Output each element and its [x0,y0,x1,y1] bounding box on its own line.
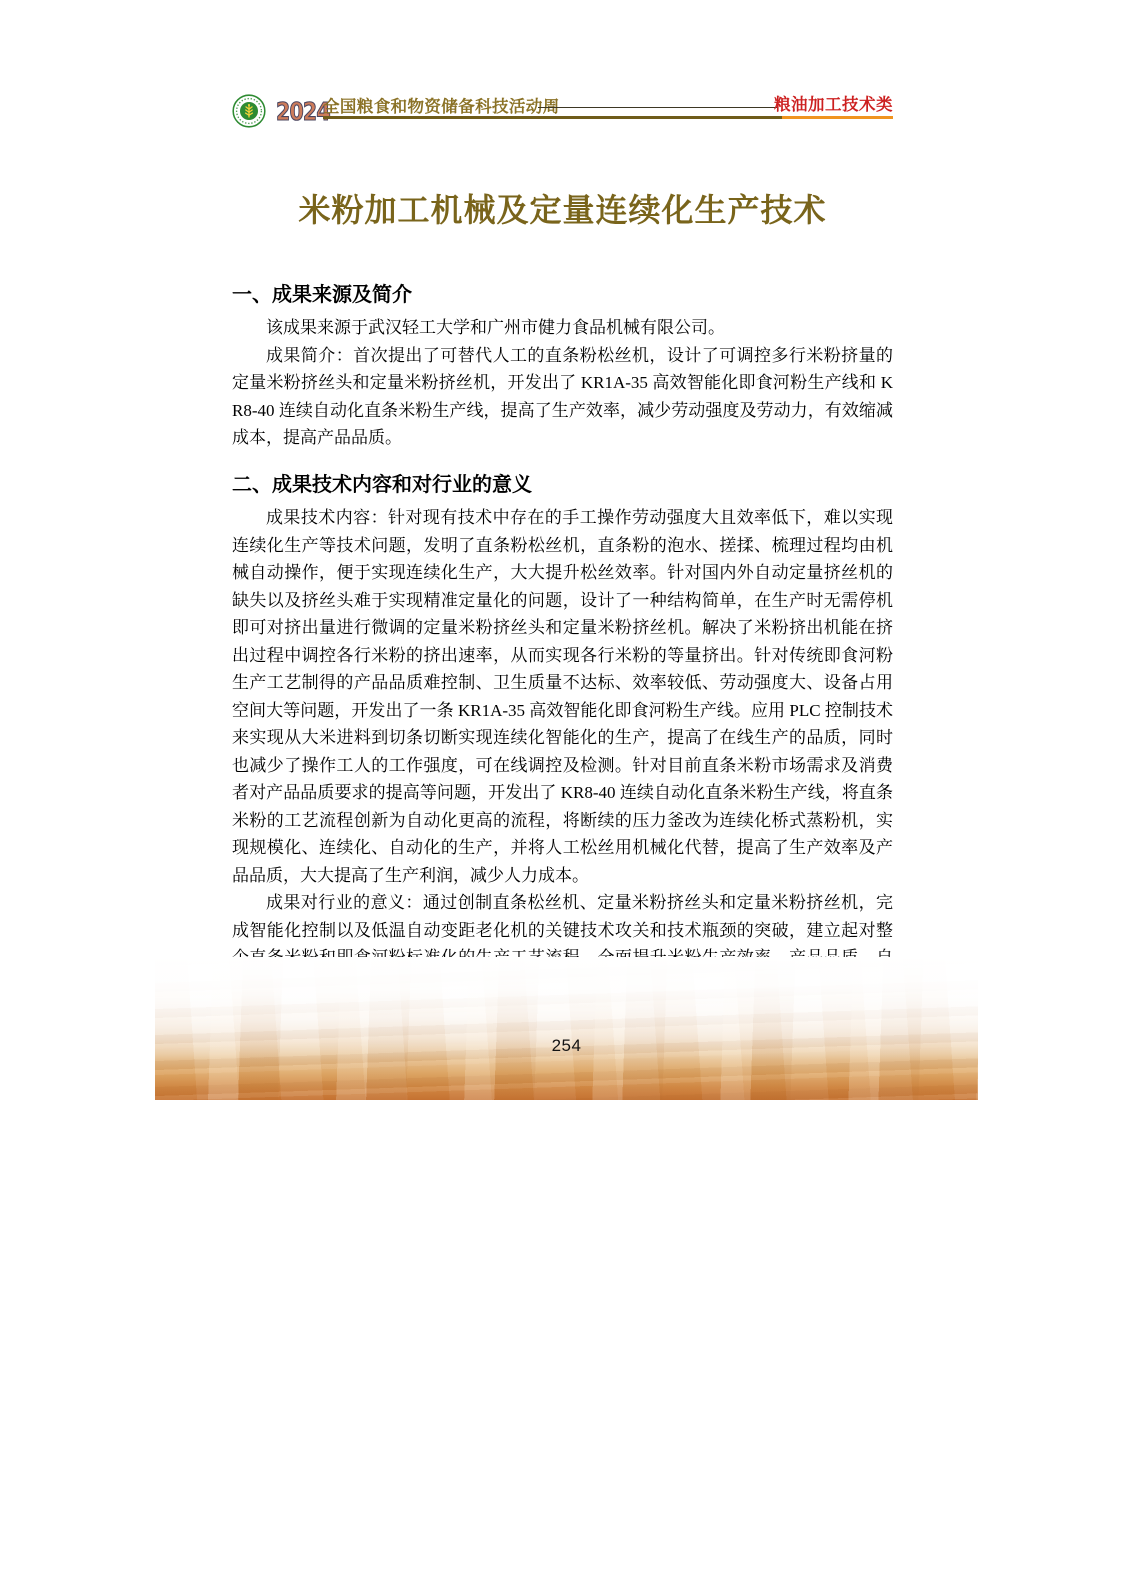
header-rule-olive [323,116,782,119]
header-dash-line [538,107,778,108]
page-number: 254 [155,1037,978,1054]
paragraph: 该成果来源于武汉轻工大学和广州市健力食品机械有限公司。 [232,314,893,342]
category-label: 粮油加工技术类 [774,97,893,114]
page-header: 2024 全国粮食和物资储备科技活动周 粮油加工技术类 [232,88,893,140]
grain-logo-icon [232,94,266,128]
year-badge: 2024 [276,99,330,124]
section-heading: 一、成果来源及简介 [232,284,893,306]
event-title: 全国粮食和物资储备科技活动周 [323,99,560,116]
paragraph: 成果技术内容：针对现有技术中存在的手工操作劳动强度大且效率低下，难以实现连续化生… [232,504,893,889]
section-heading: 二、成果技术内容和对行业的意义 [232,474,893,496]
doc-title: 米粉加工机械及定量连续化生产技术 [232,188,893,232]
document-page: 2024 全国粮食和物资储备科技活动周 粮油加工技术类 米粉加工机械及定量连续化… [0,0,1122,1588]
header-rule-orange [782,116,893,119]
paragraph: 成果简介：首次提出了可替代人工的直条粉松丝机，设计了可调控多行米粉挤量的定量米粉… [232,342,893,452]
footer-art: 254 [155,957,978,1100]
section-source-intro: 一、成果来源及简介 该成果来源于武汉轻工大学和广州市健力食品机械有限公司。 成果… [232,284,893,452]
section-technical-content: 二、成果技术内容和对行业的意义 成果技术内容：针对现有技术中存在的手工操作劳动强… [232,474,893,999]
